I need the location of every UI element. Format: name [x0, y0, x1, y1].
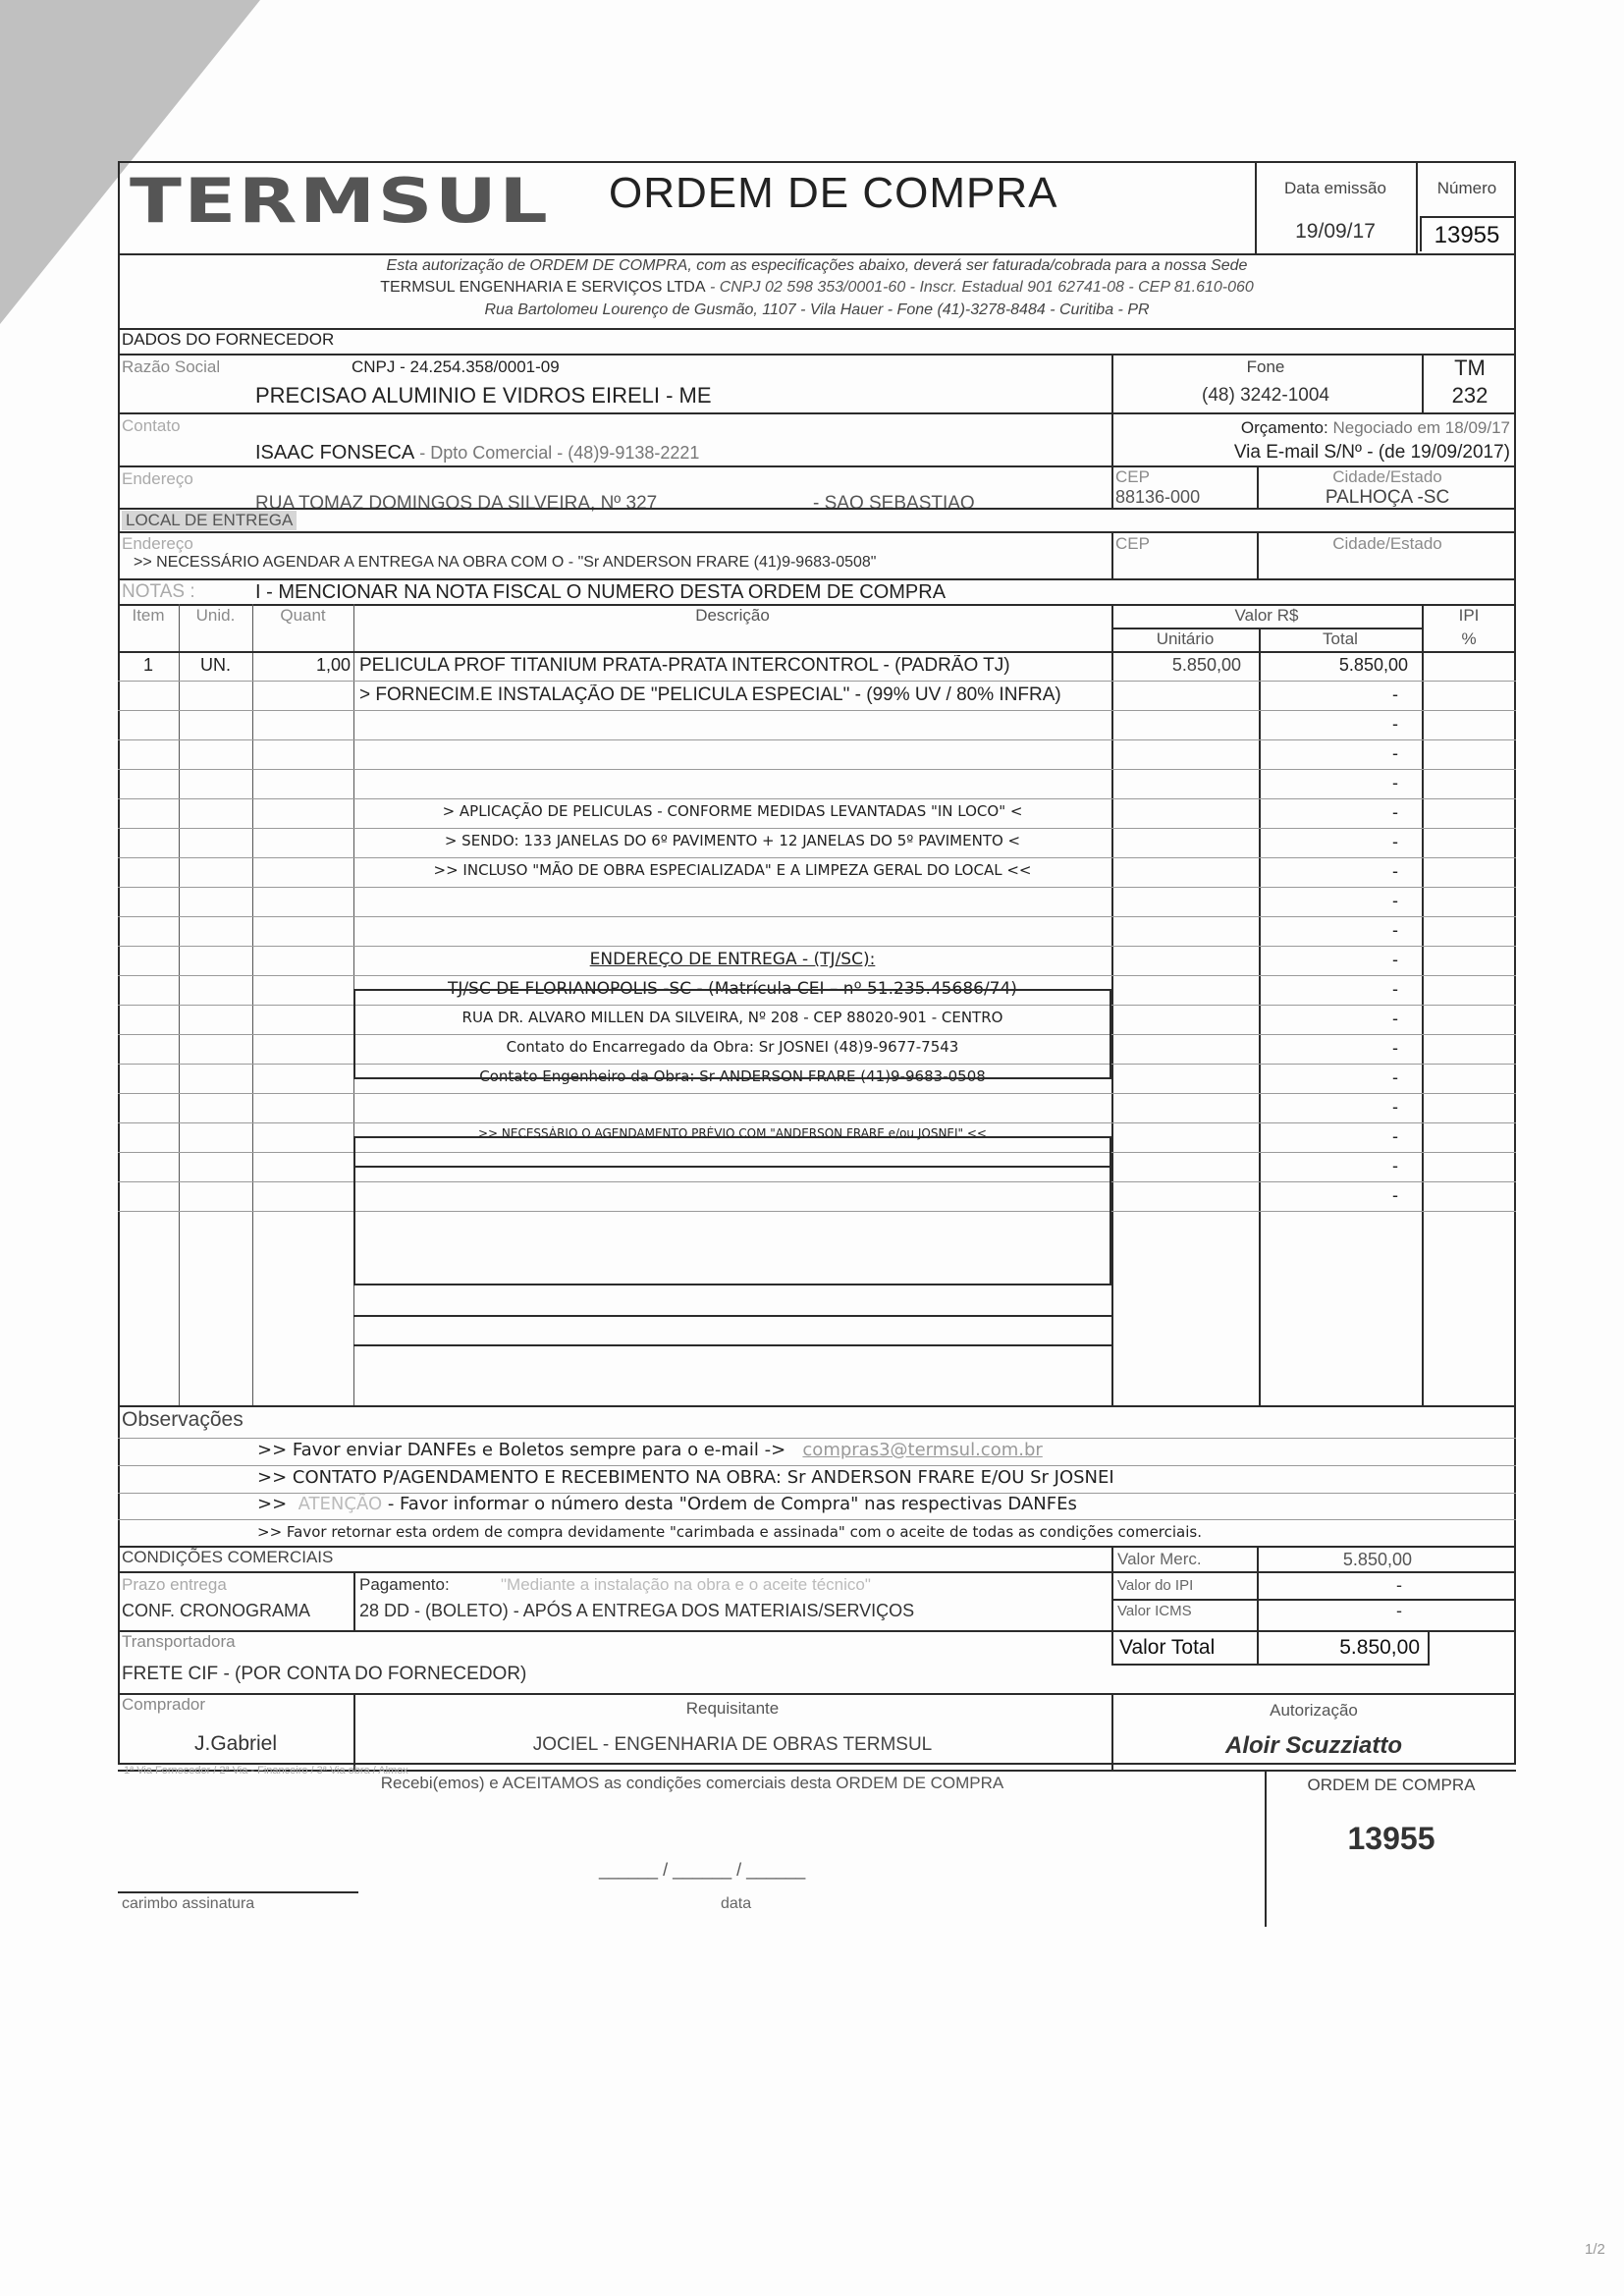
- obs-line-3: >> ATENÇÃO - Favor informar o número des…: [257, 1494, 1077, 1514]
- pagamento-label: Pagamento:: [359, 1575, 450, 1595]
- supplier-contact: ISAAC FONSECA - Dpto Comercial - (48)9-9…: [255, 442, 699, 465]
- cell-quant: 1,00: [252, 655, 351, 676]
- requisitante-label: Requisitante: [353, 1699, 1111, 1719]
- number-label: Número: [1418, 179, 1516, 198]
- supplier-cep: 88136-000: [1115, 487, 1200, 508]
- delivery-address: >> NECESSÁRIO AGENDAR A ENTREGA NA OBRA …: [134, 554, 876, 572]
- razao-social-label: Razão Social: [122, 357, 220, 377]
- endereco-label: Endereço: [122, 469, 193, 489]
- supplier-address: RUA TOMAZ DOMINGOS DA SILVEIRA, Nº 327: [255, 493, 657, 515]
- cell-descricao: >> INCLUSO "MÃO DE OBRA ESPECIALIZADA" E…: [355, 861, 1110, 879]
- requisitante-name: JOCIEL - ENGENHARIA DE OBRAS TERMSUL: [353, 1734, 1111, 1756]
- contato-label: Contato: [122, 416, 181, 436]
- pagamento-note: "Mediante a instalação na obra e o aceit…: [501, 1575, 871, 1595]
- notes-text: I - MENCIONAR NA NOTA FISCAL O NUMERO DE…: [255, 581, 946, 604]
- aceite-text: Recebi(emos) e ACEITAMOS as condições co…: [118, 1774, 1267, 1793]
- cell-total: -: [1261, 1126, 1408, 1147]
- obs-line-2: >> CONTATO P/AGENDAMENTO E RECEBIMENTO N…: [257, 1467, 1114, 1488]
- col-valor: Valor R$: [1111, 606, 1422, 626]
- valor-total: 5.850,00: [1259, 1636, 1420, 1660]
- company-notice: Esta autorização de ORDEM DE COMPRA, com…: [118, 257, 1516, 275]
- observacoes-label: Observações: [122, 1408, 244, 1432]
- oc-number: 13955: [1267, 1821, 1516, 1857]
- cell-unid: UN.: [179, 655, 252, 676]
- data-label: data: [721, 1895, 751, 1913]
- quote-via: Via E-mail S/Nº - (de 19/09/2017): [1113, 442, 1510, 464]
- obs-email-link[interactable]: compras3@termsul.com.br: [802, 1440, 1042, 1460]
- valor-icms-label: Valor ICMS: [1117, 1603, 1192, 1619]
- fone-label: Fone: [1113, 357, 1418, 377]
- contact-dept-phone: - Dpto Comercial - (48)9-9138-2221: [414, 443, 699, 463]
- comprador-name: J.Gabriel: [118, 1732, 353, 1756]
- quote-info: Orçamento: Negociado em 18/09/17: [1113, 418, 1510, 438]
- col-ipi-pct: %: [1422, 629, 1516, 649]
- page-number: 1/2: [1585, 2241, 1605, 2258]
- col-descricao: Descrição: [353, 606, 1111, 626]
- col-unitario: Unitário: [1111, 629, 1259, 649]
- cidade-label: Cidade/Estado: [1259, 467, 1516, 487]
- cell-descricao: > SENDO: 133 JANELAS DO 6º PAVIMENTO + 1…: [355, 832, 1110, 849]
- supplier-district: - SAO SEBASTIAO: [813, 493, 975, 515]
- cell-total: -: [1261, 891, 1408, 911]
- vias-note: 1ª Via Fornecedor / 2ª Via - Financeiro …: [124, 1765, 408, 1777]
- supplier-name: PRECISAO ALUMINIO E VIDROS EIRELI - ME: [255, 383, 712, 409]
- comprador-label: Comprador: [122, 1695, 205, 1715]
- order-number: 13955: [1418, 222, 1516, 249]
- contact-name: ISAAC FONSECA: [255, 442, 414, 464]
- supplier-section-title: DADOS DO FORNECEDOR: [122, 330, 334, 350]
- notes-label: NOTAS :: [122, 581, 195, 603]
- application-box: [353, 989, 1111, 1079]
- supplier-city: PALHOÇA -SC: [1259, 487, 1516, 509]
- obs-atencao-text: - Favor informar o número desta "Ordem d…: [382, 1494, 1077, 1514]
- oc-label: ORDEM DE COMPRA: [1267, 1776, 1516, 1795]
- obs-line-1: >> Favor enviar DANFEs e Boletos sempre …: [257, 1440, 1043, 1460]
- delivery-section-title: LOCAL DE ENTREGA: [122, 511, 297, 530]
- col-unid: Unid.: [179, 606, 252, 626]
- date-blank-field[interactable]: ______ / ______ / ______: [599, 1860, 805, 1881]
- date-value: 19/09/17: [1257, 220, 1414, 244]
- col-item: Item: [118, 606, 179, 626]
- delivery-endereco-label: Endereço: [122, 534, 193, 554]
- cell-total: -: [1261, 1097, 1408, 1118]
- cell-total: 5.850,00: [1261, 655, 1408, 676]
- cell-total: -: [1261, 861, 1408, 882]
- items-table: Item Unid. Quant Descrição Valor R$ Unit…: [118, 604, 1516, 1405]
- autorizacao-name: Aloir Scuzziatto: [1111, 1732, 1516, 1760]
- valor-merc: 5.850,00: [1259, 1550, 1412, 1570]
- date-label: Data emissão: [1257, 179, 1414, 198]
- cell-total: -: [1261, 1185, 1408, 1206]
- prazo-value: CONF. CRONOGRAMA: [122, 1601, 310, 1621]
- col-quant: Quant: [252, 606, 353, 626]
- purchase-order-form: TERMSUL ORDEM DE COMPRA Data emissão 19/…: [118, 161, 1516, 1765]
- delivery-address-box: [353, 1136, 1111, 1285]
- cell-total: -: [1261, 920, 1408, 941]
- supplier-phone: (48) 3242-1004: [1113, 385, 1418, 407]
- obs-prefix: >>: [257, 1494, 287, 1514]
- cell-total: -: [1261, 1156, 1408, 1176]
- cell-total: -: [1261, 979, 1408, 1000]
- valor-icms: -: [1396, 1601, 1402, 1621]
- company-address: Rua Bartolomeu Lourenço de Gusmão, 1107 …: [118, 301, 1516, 319]
- termsul-logo: TERMSUL: [130, 165, 550, 237]
- transportadora-value: FRETE CIF - (POR CONTA DO FORNECEDOR): [122, 1664, 526, 1685]
- cell-total: -: [1261, 950, 1408, 970]
- cep-label: CEP: [1115, 467, 1150, 487]
- cell-total: -: [1261, 684, 1408, 705]
- company-registration: - CNPJ 02 598 353/0001-60 - Inscr. Estad…: [706, 279, 1254, 296]
- cell-total: -: [1261, 1009, 1408, 1029]
- cell-descricao: > FORNECIM.E INSTALAÇÃO DE "PELICULA ESP…: [355, 684, 1110, 706]
- cell-total: -: [1261, 802, 1408, 823]
- obs-email-text: >> Favor enviar DANFEs e Boletos sempre …: [257, 1440, 785, 1460]
- cell-total: -: [1261, 714, 1408, 735]
- valor-merc-label: Valor Merc.: [1117, 1550, 1202, 1569]
- cell-descricao: PELICULA PROF TITANIUM PRATA-PRATA INTER…: [355, 655, 1110, 677]
- col-ipi: IPI: [1422, 606, 1516, 626]
- cell-total: -: [1261, 832, 1408, 852]
- valor-total-label: Valor Total: [1119, 1636, 1215, 1660]
- cell-unitario: 5.850,00: [1113, 655, 1241, 676]
- company-name: TERMSUL ENGENHARIA E SERVIÇOS LTDA: [380, 279, 705, 296]
- cell-total: -: [1261, 1038, 1408, 1059]
- autorizacao-label: Autorização: [1111, 1701, 1516, 1721]
- valor-ipi-label: Valor do IPI: [1117, 1577, 1193, 1594]
- company-info: TERMSUL ENGENHARIA E SERVIÇOS LTDA - CNP…: [118, 279, 1516, 297]
- transportadora-label: Transportadora: [122, 1632, 236, 1652]
- delivery-cidade-label: Cidade/Estado: [1259, 534, 1516, 554]
- obs-atencao: ATENÇÃO: [298, 1494, 382, 1514]
- cell-total: -: [1261, 743, 1408, 764]
- cell-descricao: > APLICAÇÃO DE PELICULAS - CONFORME MEDI…: [355, 802, 1110, 820]
- delivery-cep-label: CEP: [1115, 534, 1150, 554]
- tm-label: TM: [1424, 355, 1516, 381]
- valor-ipi: -: [1396, 1575, 1402, 1596]
- commercial-section-title: CONDIÇÕES COMERCIAIS: [122, 1548, 333, 1567]
- pagamento-value: 28 DD - (BOLETO) - APÓS A ENTREGA DOS MA…: [359, 1601, 914, 1621]
- supplier-cnpj: CNPJ - 24.254.358/0001-09: [352, 357, 560, 377]
- cell-descricao: ENDEREÇO DE ENTREGA - (TJ/SC):: [355, 950, 1110, 969]
- page-title: ORDEM DE COMPRA: [609, 169, 1057, 218]
- cell-total: -: [1261, 773, 1408, 793]
- quote-label: Orçamento:: [1241, 418, 1328, 437]
- cell-total: -: [1261, 1067, 1408, 1088]
- cell-item: 1: [118, 655, 179, 676]
- prazo-label: Prazo entrega: [122, 1575, 227, 1595]
- col-total: Total: [1259, 629, 1422, 649]
- quote-value: Negociado em 18/09/17: [1332, 418, 1510, 437]
- carimbo-label: carimbo assinatura: [122, 1895, 254, 1913]
- obs-line-4: >> Favor retornar esta ordem de compra d…: [257, 1523, 1202, 1541]
- tm-value: 232: [1424, 383, 1516, 409]
